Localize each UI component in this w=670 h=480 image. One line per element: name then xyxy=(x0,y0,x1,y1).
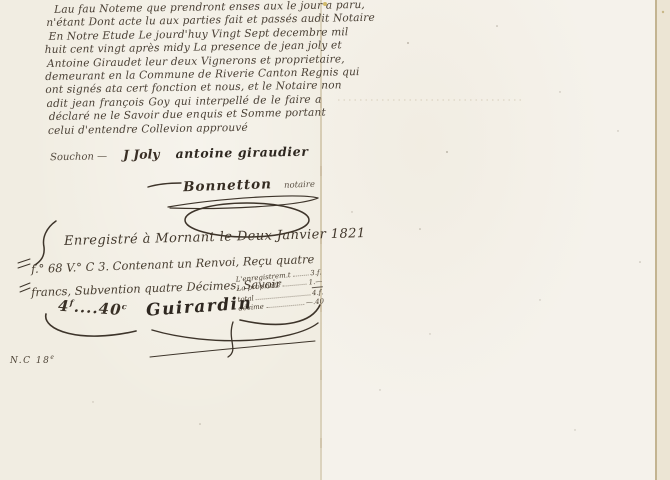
scan-right-edge xyxy=(655,0,670,480)
signature-giraudier: antoine giraudier xyxy=(175,144,308,161)
act-closing-paragraph: Lau fau Noteme que prendront enses aux l… xyxy=(44,0,322,138)
notary-signature-name: Bonnetton xyxy=(183,176,272,195)
amount-centimes-unit: c xyxy=(122,301,129,311)
signature-souchon: Souchon — xyxy=(50,151,107,163)
fee-leader xyxy=(293,274,309,276)
notary-signature-title: notaire xyxy=(284,180,315,191)
margin-note-sup: e xyxy=(50,354,55,361)
amount-centimes: 40 xyxy=(98,299,122,319)
amount-separator: .... xyxy=(73,298,99,318)
manuscript-scan: Lau fau Noteme que prendront enses aux l… xyxy=(0,0,670,480)
fee-leader xyxy=(283,284,307,287)
margin-note-text: N.C 18 xyxy=(10,356,50,366)
margin-note: N.C 18e xyxy=(10,354,55,366)
right-page xyxy=(322,0,655,480)
signature-joly: J Joly xyxy=(123,146,160,162)
fee-leader xyxy=(266,303,304,307)
fee-value: —.40 xyxy=(306,297,325,308)
